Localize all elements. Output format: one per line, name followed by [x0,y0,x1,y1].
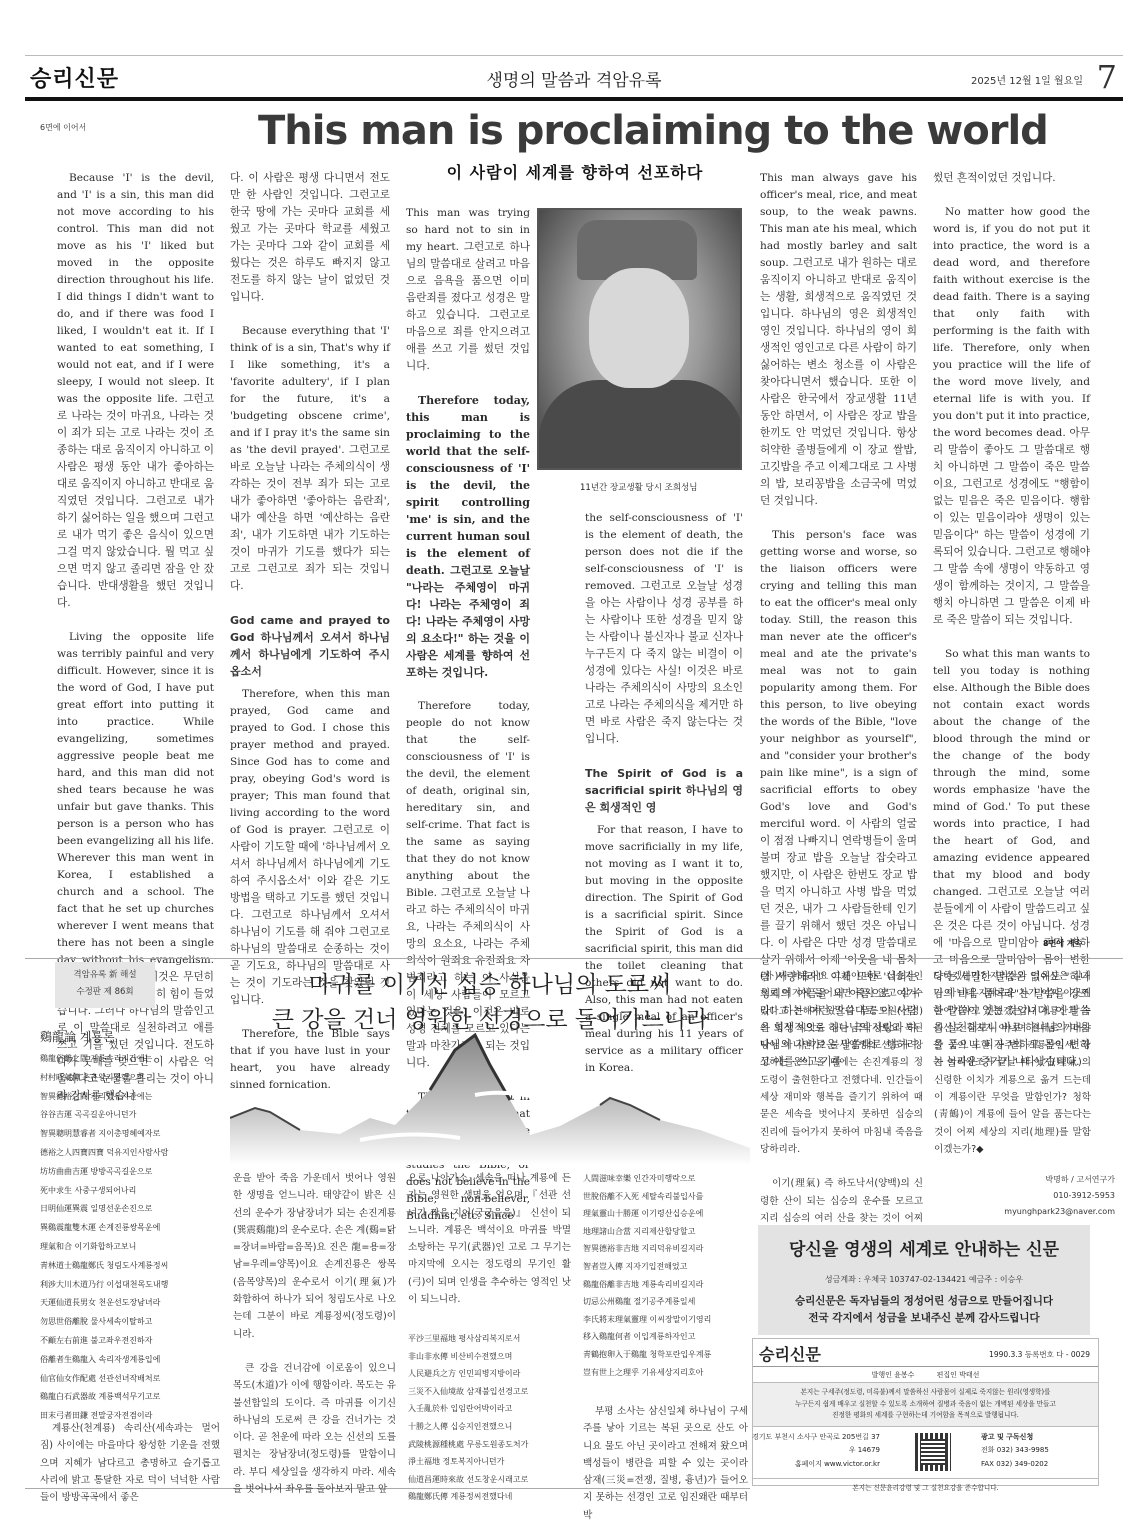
paragraph: 운을 받아 죽음 가운데서 벗어나 영원한 생명을 얻느니라. 태양같이 밝은 … [233,1170,396,1343]
mission-line: 누구든지 쉽게 배우고 실천할 수 있도록 소개하여 질병과 죽음이 없는 개벽… [755,1399,1096,1411]
verse-line: 村村旺氣傳 촌촌왕기전했으며 [40,1069,220,1088]
paragraph: Because 'I' is the devil, and 'I' is a s… [57,170,214,612]
highlight-paragraph: Therefore today, this man is proclaiming… [406,392,530,681]
article-column-6: 썼던 흔적이었던 것입니다. No matter how good the wo… [933,170,1090,1088]
verse-line: 地理諸山合當 지리제산합당할고 [583,1223,748,1241]
paragraph: the self-consciousness of 'I' is the ele… [585,510,743,748]
verse-line: 日明仙運巽震 일명선운손진으로 [40,1200,220,1219]
headline: This man is proclaiming to the world [258,108,1048,154]
paragraph: This man was trying so hard not to sin i… [406,205,530,375]
verse-line: 豈有世上之理乎 기유세상지리호아 [583,1364,748,1382]
verse-line: 李氏將末理氣靈理 이씨장말이기영리 [583,1311,748,1329]
feature-column-3: 으로 나아가소. 세속을 떠나 계룡에 든 자는 영원한 생명을 얻으며 『선관… [408,1170,571,1325]
address-block: 경기도 부천시 소사구 안곡로 205번길 37 우 14679 홈페이지 ww… [752,1431,880,1472]
publisher: 발행인 윤봉수 [872,1371,915,1379]
verse-line: 切忌公州鷄龍 절기공주계룡일세 [583,1293,748,1311]
verse-list-mid: 平沙三里福地 평사삼리복지로서 非山非水傳 비산비수전했으며 人民避兵之方 인민… [408,1330,571,1506]
verse-line: 淨土福地 정토복지아니던가 [408,1453,571,1471]
feature-column-2: 운을 받아 죽음 가운데서 벗어나 영원한 생명을 얻느니라. 태양같이 밝은 … [233,1170,396,1515]
verse-line: 俗離者生鷄龍入 속리자생계룡입에 [40,1351,220,1370]
verse-line: 巽鷄震龍雙木運 손계진룡쌍목운에 [40,1219,220,1238]
verse-list-right: 人間滋味幸樂 인간자미행락으로 世脫俗離不入死 세탈속리불입사를 理氣靈山十勝運… [583,1170,748,1381]
paragraph: 썼던 흔적이었던 것입니다. [933,170,1090,187]
column-heading: God came and prayed to God 하나님께서 오셔서 하나님… [230,612,390,680]
paragraph: 당하겠는가? 지리산과 덕유산은 길지가 아닌데 지혜로운 자가 어찌 이곳에 … [934,968,1091,1158]
verse-line: 智異聰明慧睿者 지이총명혜예자로 [40,1125,220,1144]
feature-column-4: 부평 소사는 삼신일체 하나님이 구세주를 낳아 기르는 복된 곳으로 산도 아… [583,1403,748,1539]
donation-account: 성금계좌 : 우체국 103747-02-134421 예금주 : 이승우 [758,1274,1090,1285]
colophon: 승리신문 1990.3.3 등록번호 다 - 0029 발행인 윤봉수 편집인 … [752,1338,1099,1486]
verse-line: 人民避兵之方 인민피병지방이라 [408,1365,571,1383]
paragraph: 큰 강을 건너감에 이로움이 있으니 목도(木道)가 이에 행함이라. 목도는 … [233,1360,396,1498]
author-byline: 박명하 / 고서연구가 010-3912-5953 myunghpark23@n… [935,1172,1115,1220]
verse-line: 仙官仙女作配處 선관선녀작배처로 [40,1370,220,1389]
series-episode: 수정판 제 86회 [55,984,155,1001]
subheadline: 이 사람이 세계를 향하여 선포하다 [405,160,745,183]
feature-column-6: 당하겠는가? 지리산과 덕유산은 길지가 아닌데 지혜로운 자가 어찌 이곳에 … [934,968,1091,1175]
author-email[interactable]: myunghpark23@naver.com [935,1204,1115,1220]
series-label: 격암유록 新 해설 수정판 제 86회 [55,962,155,1008]
paragraph: Therefore, when this man prayed, God cam… [230,686,390,1009]
verse-line: 鷄龍鄭氏傳 계룡정씨전했다네 [408,1488,571,1506]
continued-to: 8면에 계속 [1043,938,1082,949]
page-number: 7 [1097,58,1117,96]
ink-mountain-illustration [230,1030,750,1165]
feature-column-1: 계룡산(천계룡) 속리산(세속과는 멀어짐) 사이에는 마을마다 왕성한 기운을… [40,1420,220,1523]
feature-title: 마귀를 이기신 십승 하나님의 도로써 큰 강을 건너 영원한 선경으로 들어가… [230,968,750,1038]
continued-from: 6면에 이어서 [40,122,86,133]
phone-number: 전화 032) 343-9985 [981,1444,1049,1458]
verse-line: 理氣靈山十勝運 이기령산십승운에 [583,1205,748,1223]
photo-caption: 11년간 장교생활 당시 조희성님 [580,481,697,493]
verse-line: 世脫俗離不入死 세탈속리불입사를 [583,1188,748,1206]
mission-line: 본지는 구세주(정도령, 미륵불)께서 말씀하신 사람몸이 실제로 죽지않는 원… [755,1387,1096,1399]
mission-line: 진정한 평화의 세계를 구현하는데 기여함을 목적으로 발행됩니다. [755,1410,1096,1422]
paragraph: 다. 이 사람은 평생 다니면서 전도만 한 사람인 것입니다. 그런고로 한국… [230,170,390,306]
paragraph: No matter how good the word is, if you d… [933,204,1090,629]
verse-line: 勿思世俗離脫 물사세속이탈하고 [40,1313,220,1332]
article-column-5: This man always gave his officer's meal,… [760,170,917,1088]
verse-line: 非山非水傳 비산비수전했으며 [408,1348,571,1366]
address: 경기도 부천시 소사구 안곡로 205번길 37 [752,1431,880,1445]
verse-line: 靑林道士鷄龍鄭氏 청림도사계룡정씨 [40,1257,220,1276]
paragraph: 계룡산(천계룡) 속리산(세속과는 멀어짐) 사이에는 마을마다 왕성한 기운을… [40,1420,220,1506]
verse-line: 移入鷄龍何者 이입계룡하자인고 [583,1328,748,1346]
editor: 편집인 박태선 [937,1371,980,1379]
paragraph: 부평 소사는 삼신일체 하나님이 구세주를 낳아 기르는 복된 곳으로 산도 아… [583,1403,748,1524]
verse-line: 智異德裕非吉地 지리덕유비길지라 [583,1240,748,1258]
feature-section-title: 鷄龍論 계룡론 [40,1028,115,1045]
uniform [539,380,742,470]
verse-line: 鷄龍俗離之間 계룡속리지간에는 [40,1050,220,1069]
column-heading: The Spirit of God is a sacrificial spiri… [585,765,743,816]
verse-line: 鷄龍俗離非吉地 계룡속리비길지라 [583,1276,748,1294]
issue-date: 2025년 12월 1일 월요일 [971,72,1083,87]
mission-statement: 본지는 구세주(정도령, 미륵불)께서 말씀하신 사람몸이 실제로 죽지않는 원… [753,1383,1098,1427]
feature-column-5: (朴)씨 마을이요 그분이 바로 십승지인으로 여기에 들어오면 죽지 않고 살… [760,968,923,1261]
top-rule [25,55,1123,56]
masthead-rule [25,97,1123,101]
promo-line-2: 전국 각지에서 성금을 보내주신 분께 감사드립니다 [758,1310,1090,1325]
fax-number: FAX 032) 349-0202 [981,1458,1049,1472]
ads-title: 광고 및 구독신청 [981,1431,1049,1445]
verse-line: 利涉大川木道乃行 이섭대천목도내행 [40,1276,220,1295]
homepage-link[interactable]: 홈페이지 www.victor.or.kr [752,1458,880,1472]
verse-line: 天運仙道長男女 천운선도장남녀라 [40,1294,220,1313]
series-title: 격암유록 新 해설 [55,967,155,984]
section-divider [25,958,1123,959]
verse-line: 十勝之人傳 십승지인전했으니 [408,1418,571,1436]
paragraph: Because everything that 'I' think of is … [230,323,390,595]
verse-line: 人間滋味幸樂 인간자미행락으로 [583,1170,748,1188]
promo-title: 당신을 영생의 세계로 안내하는 신문 [758,1235,1090,1260]
ads-subscription: 광고 및 구독신청 전화 032) 343-9985 FAX 032) 349-… [981,1431,1049,1472]
verse-line: 理氣和合 이기화합하고보니 [40,1238,220,1257]
verse-line: 智者豈入傳 지자기입전해었고 [583,1258,748,1276]
verse-line: 死中求生 사중구생되어나리 [40,1182,220,1201]
postal-code: 우 14679 [752,1444,880,1458]
verse-line: 入壬亂於朴 입임란어박이라고 [408,1400,571,1418]
registration-number: 1990.3.3 등록번호 다 - 0029 [989,1349,1090,1360]
verse-line: 谷谷吉運 곡곡길운아니던가 [40,1106,220,1125]
verse-line: 不顧左右前進 불고좌우전진하자 [40,1332,220,1351]
colophon-header: 승리신문 1990.3.3 등록번호 다 - 0029 [753,1339,1098,1367]
verse-line: 仙道昌運時來故 선도창운시래고로 [408,1471,571,1489]
verse-line: 靑鶴抱卵入于鷄龍 청학포란입우계룡 [583,1346,748,1364]
contact-info: 경기도 부천시 소사구 안곡로 205번길 37 우 14679 홈페이지 ww… [753,1427,1098,1479]
author-name: 박명하 / 고서연구가 [935,1172,1115,1188]
feature-title-line-1: 마귀를 이기신 십승 하나님의 도로써 [230,968,750,1003]
face [589,268,689,388]
promo-line-1: 승리신문은 독자님들의 정성어린 성금으로 만들어집니다 [758,1293,1090,1308]
publisher-editor: 발행인 윤봉수 편집인 박태선 [753,1367,1098,1383]
donation-promo-box: 당신을 영생의 세계로 안내하는 신문 성금계좌 : 우체국 103747-02… [758,1225,1090,1335]
verse-line: 鷄龍白石武器故 계룡백석무기고로 [40,1388,220,1407]
paragraph: 으로 나아가소. 세속을 떠나 계룡에 든 자는 영원한 생명을 얻으며 『선관… [408,1170,571,1308]
verse-line: 武陵桃源種桃處 무릉도원종도처가 [408,1436,571,1454]
author-phone: 010-3912-5953 [935,1188,1115,1204]
verse-line: 智異德裕之間 지리덕유지간에는 [40,1088,220,1107]
paragraph: This man always gave his officer's meal,… [760,170,917,510]
colophon-brand: 승리신문 [759,1342,821,1365]
ethics-footer: 본지는 신문윤리강령 및 그 실천요강을 준수합니다. [753,1479,1098,1497]
verse-list-left: 鷄龍俗離之間 계룡속리지간에는 村村旺氣傳 촌촌왕기전했으며 智異德裕之間 지리… [40,1050,220,1426]
masthead: 승리신문 생명의 말씀과 격암유록 2025년 12월 1일 월요일 7 [25,60,1123,96]
verse-line: 德裕之人四寶四寶 덕유지인사람사람 [40,1144,220,1163]
verse-line: 三災不入仙境故 삼재불입선경고로 [408,1383,571,1401]
portrait-photo [537,208,742,470]
qr-code-icon[interactable] [915,1433,951,1471]
verse-line: 坊坊曲曲吉運 방방곡곡길운으로 [40,1163,220,1182]
paragraph: (朴)씨 마을이요 그분이 바로 십승지인으로 여기에 들어오면 죽지 않고 살… [760,968,923,1158]
verse-line: 平沙三里福地 평사삼리복지로서 [408,1330,571,1348]
section-title: 생명의 말씀과 격암유록 [25,66,1123,91]
